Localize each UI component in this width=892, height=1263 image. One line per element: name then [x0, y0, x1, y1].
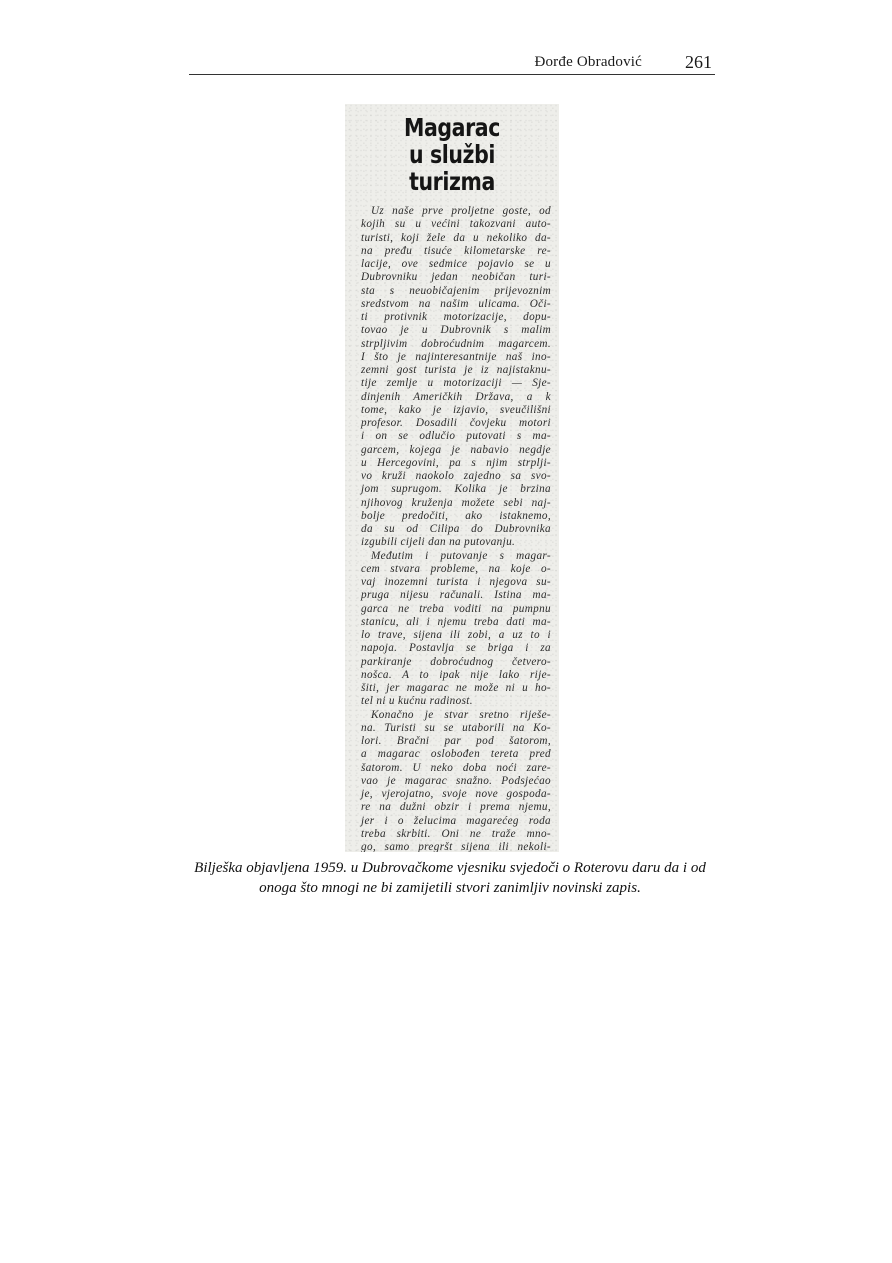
clipping-body-line: zemni gost turista je iz najistaknu- — [361, 364, 551, 377]
clipping-body-line: tovao je u Dubrovnik s malim — [361, 324, 551, 337]
clipping-body-line: nošca. A to ipak nije lako rije- — [361, 669, 551, 682]
clipping-body-line: njihovog kruženja možete sebi naj- — [361, 497, 551, 510]
clipping-body-line: treba skrbiti. Oni ne traže mno- — [361, 828, 551, 841]
clipping-headline: Magarac u službi turizma — [364, 114, 539, 195]
clipping-body-line: profesor. Dosadili čovjeku motori — [361, 417, 551, 430]
headline-line-1: Magarac — [364, 114, 539, 141]
clipping-body-line: u Hercegovini, pa s njim strplji- — [361, 457, 551, 470]
clipping-body-line: cem stvara probleme, na koje o- — [361, 563, 551, 576]
clipping-body-line: go, samo pregršt sijena ili nekoli- — [361, 841, 551, 852]
clipping-body-line: stanicu, ali i njemu treba dati ma- — [361, 616, 551, 629]
clipping-body-line: šiti, jer magarac ne može ni u ho- — [361, 682, 551, 695]
clipping-body-line: da su od Cilipa do Dubrovnika — [361, 523, 551, 536]
clipping-body-line: parkiranje dobroćudnog četvero- — [361, 656, 551, 669]
caption-line-1: Bilješka objavljena 1959. u Dubrovačkome… — [180, 858, 720, 878]
clipping-body-line: jer i o želucima magarećeg roda — [361, 815, 551, 828]
clipping-body-line: kojih su u većini takozvani auto- — [361, 218, 551, 231]
clipping-body-line: vaj inozemni turista i njegova su- — [361, 576, 551, 589]
clipping-body: Uz naše prve proljetne goste, odkojih su… — [361, 205, 551, 852]
clipping-body-line: a magarac oslobođen tereta pred — [361, 748, 551, 761]
header-author: Đorđe Obradović — [534, 54, 642, 71]
clipping-body-line: lo trave, sijena ili zobi, a uz to i — [361, 629, 551, 642]
clipping-body-line: re na dužni obzir i prema njemu, — [361, 801, 551, 814]
clipping-body-line: na. Turisti su se utaborili na Ko- — [361, 722, 551, 735]
clipping-body-line: lacije, ove sedmice pojavio se u — [361, 258, 551, 271]
clipping-body-line: bolje predočiti, ako istaknemo, — [361, 510, 551, 523]
clipping-body-line: turisti, koji žele da u nekoliko da- — [361, 232, 551, 245]
clipping-body-line: vo kruži naokolo zajedno sa svo- — [361, 470, 551, 483]
clipping-body-line: sredstvom na našim ulicama. Oči- — [361, 298, 551, 311]
clipping-body-line: Konačno je stvar sretno riješe- — [361, 709, 551, 722]
clipping-body-line: strpljivim dobroćudnim magarcem. — [361, 338, 551, 351]
clipping-body-line: garcem, kojega je nabavio negdje — [361, 444, 551, 457]
clipping-body-line: I što je najinteresantnije naš ino- — [361, 351, 551, 364]
clipping-body-line: izgubili cijeli dan na putovanju. — [361, 536, 551, 549]
page-number: 261 — [685, 52, 712, 73]
figure-caption: Bilješka objavljena 1959. u Dubrovačkome… — [180, 858, 720, 898]
clipping-body-line: na pređu tisuće kilometarske re- — [361, 245, 551, 258]
clipping-body-line: šatorom. U neko doba noći zare- — [361, 762, 551, 775]
newspaper-clipping: Magarac u službi turizma Uz naše prve pr… — [345, 104, 559, 852]
clipping-body-line: ti protivnik motorizacije, dopu- — [361, 311, 551, 324]
running-header: Đorđe Obradović 261 — [189, 52, 715, 75]
clipping-body-line: lori. Bračni par pod šatorom, — [361, 735, 551, 748]
clipping-body-line: napoja. Postavlja se briga i za — [361, 642, 551, 655]
headline-line-2: u službi turizma — [364, 141, 539, 195]
clipping-body-line: jom suprugom. Kolika je brzina — [361, 483, 551, 496]
clipping-body-line: sta s neuobičajenim prijevoznim — [361, 285, 551, 298]
clipping-body-line: i on se odlučio putovati s ma- — [361, 430, 551, 443]
clipping-body-line: tel ni u kućnu radinost. — [361, 695, 551, 708]
clipping-body-line: garca ne treba voditi na pumpnu — [361, 603, 551, 616]
clipping-body-line: Uz naše prve proljetne goste, od — [361, 205, 551, 218]
clipping-body-line: pruga nijesu računali. Istina ma- — [361, 589, 551, 602]
clipping-body-line: Dubrovniku jedan neobičan turi- — [361, 271, 551, 284]
clipping-body-line: dinjenih Američkih Država, a k — [361, 391, 551, 404]
clipping-body-line: Međutim i putovanje s magar- — [361, 550, 551, 563]
clipping-body-line: vao je magarac snažno. Podsjećao — [361, 775, 551, 788]
clipping-body-line: tome, kako je izjavio, sveučilišni — [361, 404, 551, 417]
clipping-body-line: tije zemlje u motorizaciji — Sje- — [361, 377, 551, 390]
caption-line-2: onoga što mnogi ne bi zamijetili stvori … — [180, 878, 720, 898]
clipping-body-line: je, vjerojatno, svoje nove gospoda- — [361, 788, 551, 801]
